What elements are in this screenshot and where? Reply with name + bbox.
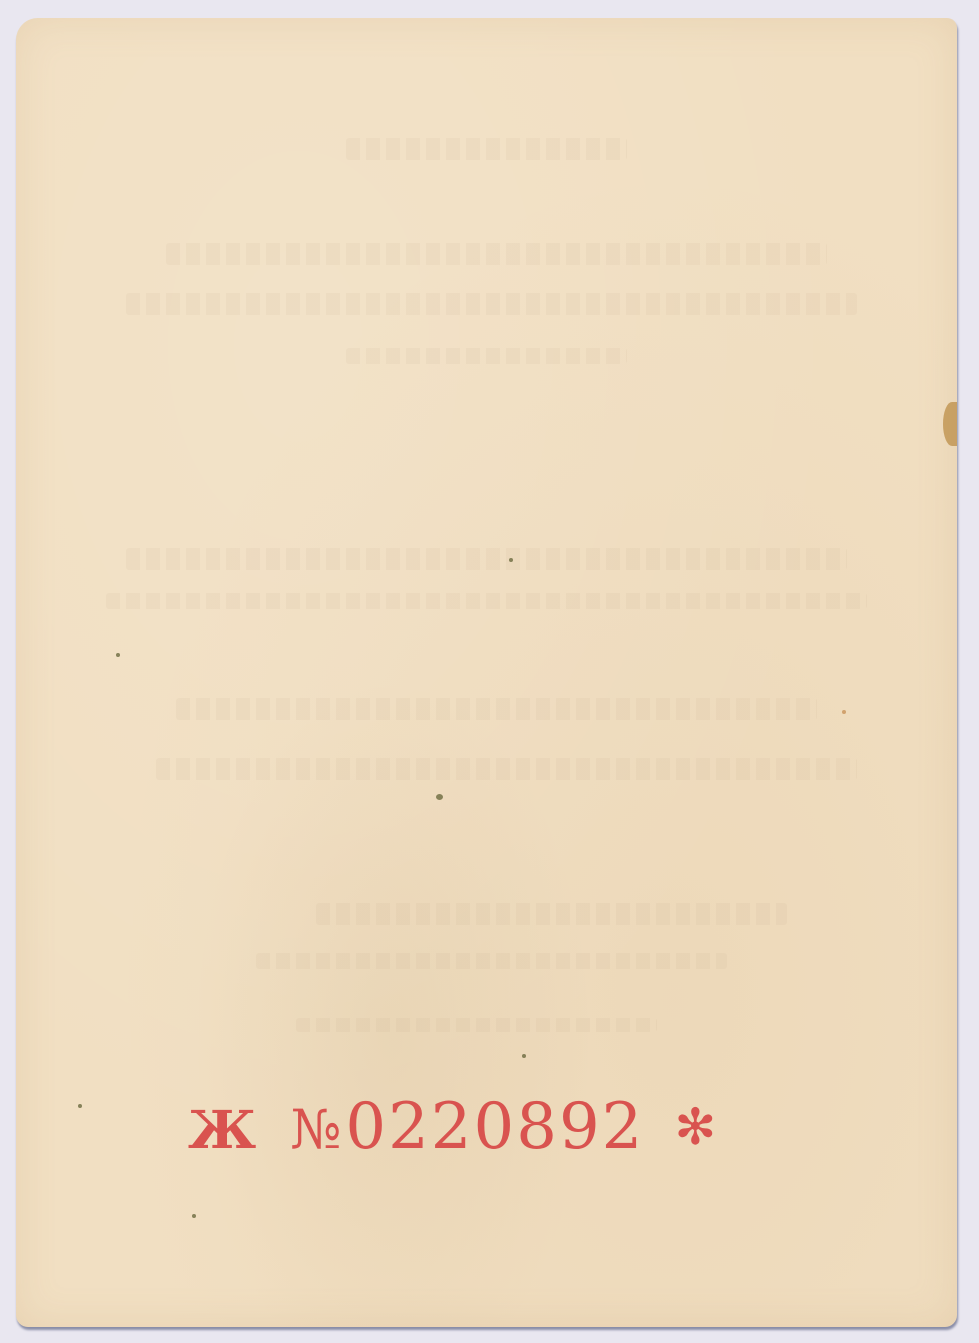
bleed-through-text xyxy=(176,698,817,720)
paper-speck xyxy=(436,794,443,800)
bleed-through-text xyxy=(156,758,857,780)
bleed-through-text xyxy=(296,1018,657,1032)
paper-speck xyxy=(509,558,513,562)
paper-speck xyxy=(522,1054,526,1058)
serial-digits: 0220892 xyxy=(345,1095,644,1159)
series-letter: Ж xyxy=(188,1105,256,1157)
serial-number: Ж № 0220892 ✻ xyxy=(188,1095,716,1159)
paper-speck xyxy=(192,1214,196,1218)
bleed-through-text xyxy=(316,903,787,925)
bleed-through-text xyxy=(346,138,627,160)
paper-speck xyxy=(78,1104,82,1108)
bleed-through-text xyxy=(256,953,727,969)
paper-stain xyxy=(943,402,957,446)
document-card: Ж № 0220892 ✻ xyxy=(16,18,957,1327)
bleed-through-text xyxy=(126,293,857,315)
number-sign: № xyxy=(290,1103,341,1157)
bleed-through-text xyxy=(346,348,627,364)
asterisk-ornament-icon: ✻ xyxy=(674,1102,716,1152)
bleed-through-text xyxy=(166,243,827,265)
bleed-through-text xyxy=(126,548,847,570)
paper-speck xyxy=(842,710,846,714)
bleed-through-text xyxy=(106,593,867,609)
paper-speck xyxy=(116,653,120,657)
